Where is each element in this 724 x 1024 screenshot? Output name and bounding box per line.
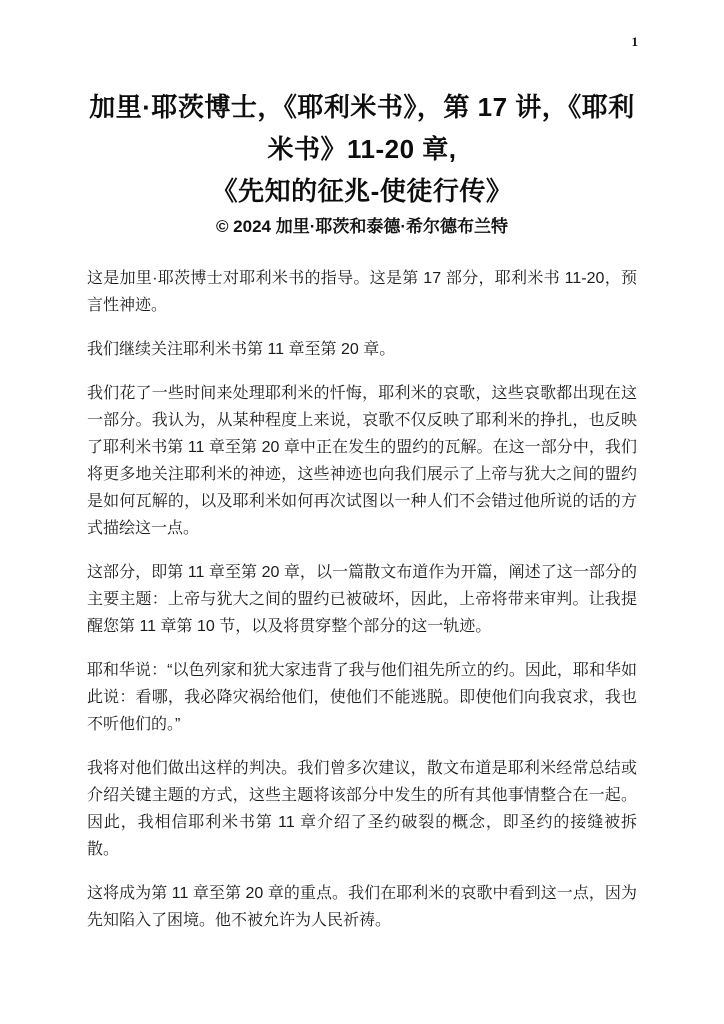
paragraph: 我们继续关注耶利米书第 11 章至第 20 章。 <box>87 336 637 363</box>
paragraph: 耶和华说：“以色列家和犹大家违背了我与他们祖先所立的约。因此，耶和华如此说：看哪… <box>87 657 637 738</box>
document-title: 加里·耶茨博士，《耶利米书》，第 17 讲，《耶利 米书》11-20 章, 《先… <box>87 86 637 212</box>
title-line-2: 米书》11-20 章, <box>87 128 637 170</box>
title-line-1: 加里·耶茨博士，《耶利米书》，第 17 讲，《耶利 <box>87 86 637 128</box>
copyright-line: © 2024 加里·耶茨和泰德·希尔德布兰特 <box>87 215 637 239</box>
paragraph: 这是加里·耶茨博士对耶利米书的指导。这是第 17 部分，耶利米书 11-20，预… <box>87 265 637 319</box>
paragraph: 这将成为第 11 章至第 20 章的重点。我们在耶利米的哀歌中看到这一点，因为先… <box>87 880 637 934</box>
document-page: 1 加里·耶茨博士，《耶利米书》，第 17 讲，《耶利 米书》11-20 章, … <box>0 0 724 1024</box>
paragraph: 这部分，即第 11 章至第 20 章，以一篇散文布道作为开篇，阐述了这一部分的主… <box>87 559 637 640</box>
paragraph: 我将对他们做出这样的判决。我们曾多次建议，散文布道是耶利米经常总结或介绍关键主题… <box>87 755 637 863</box>
document-body: 这是加里·耶茨博士对耶利米书的指导。这是第 17 部分，耶利米书 11-20，预… <box>87 265 637 934</box>
title-line-3: 《先知的征兆-使徒行传》 <box>87 170 637 212</box>
paragraph: 我们花了一些时间来处理耶利米的忏悔，耶利米的哀歌，这些哀歌都出现在这一部分。我认… <box>87 380 637 542</box>
page-content: 加里·耶茨博士，《耶利米书》，第 17 讲，《耶利 米书》11-20 章, 《先… <box>0 0 724 934</box>
page-number: 1 <box>632 34 639 50</box>
